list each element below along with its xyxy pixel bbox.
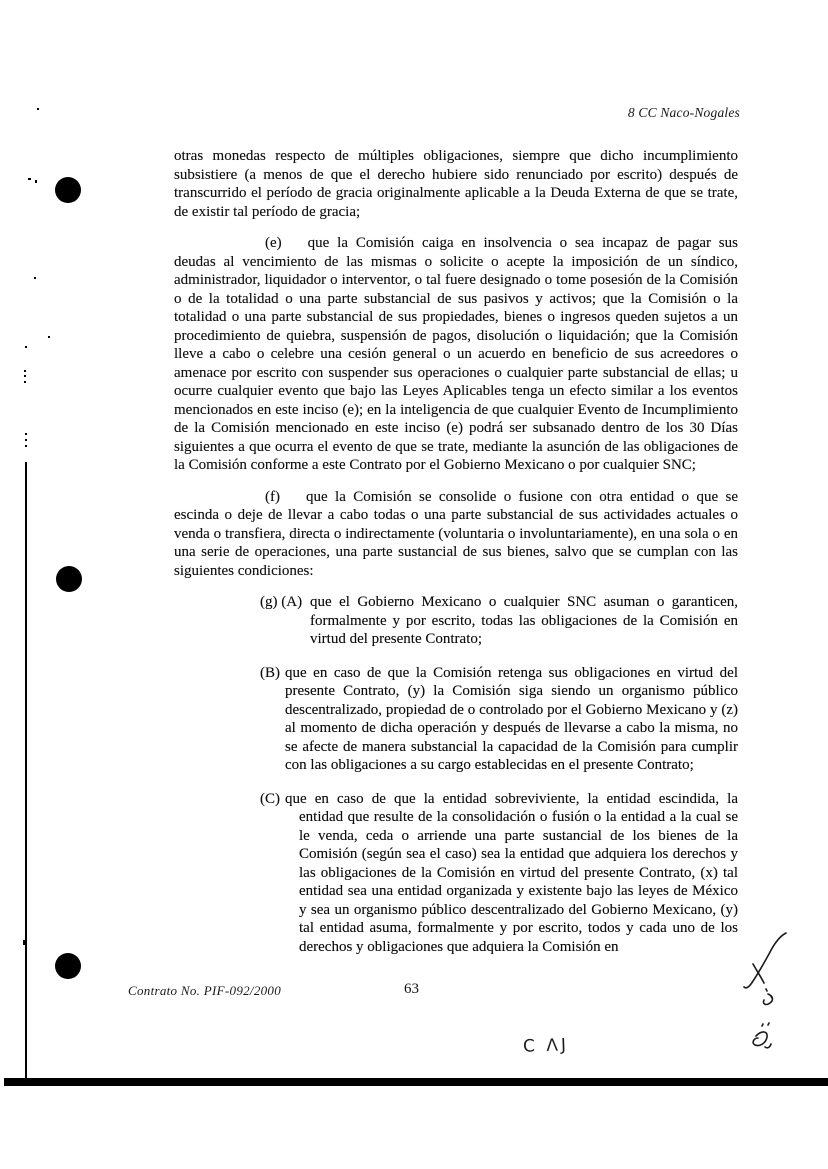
scan-speck [25,445,27,447]
subclause-g-a-text: que el Gobierno Mexicano o cualquier SNC… [174,593,738,649]
handwritten-initials: C ΛJ [523,1035,570,1057]
scan-speck [24,375,26,377]
subclause-g-a-label: (g) (A) [260,593,302,612]
clause-f-label: (f) [265,489,280,505]
scan-speck [34,277,36,279]
clause-e-label: (e) [265,235,282,251]
scan-speck [25,433,27,435]
handwritten-scribble [762,1024,763,1026]
subclause-b: (B) que en caso de que la Comisión reten… [174,664,738,775]
scan-speck [24,381,26,383]
scan-speck [25,346,27,348]
subclause-b-label: (B) [260,664,280,683]
clause-f-text: que la Comisión se consolide o fusione c… [174,489,738,579]
handwritten-checkmark [500,920,828,1080]
scan-speck [24,370,26,372]
clause-f: (f)que la Comisión se consolide o fusion… [174,488,738,581]
page-header-tag: 8 CC Naco-Nogales [628,105,740,121]
scan-speck [23,940,26,945]
paragraph-intro: otras monedas respecto de múltiples obli… [174,147,738,221]
footer-contract-number: Contrato No. PIF-092/2000 [128,983,281,999]
hole-punch-mark [56,566,82,592]
subclause-b-text: que en caso de que la Comisión retenga s… [174,664,738,775]
hole-punch-mark [55,953,81,979]
document-body: otras monedas respecto de múltiples obli… [174,147,738,956]
clause-e-text: que la Comisión caiga en insolvencia o s… [174,235,738,473]
hole-punch-mark [55,177,81,203]
page-number: 63 [404,981,419,998]
subclause-c-label: (C) [260,790,280,809]
scan-speck [48,336,50,338]
scan-edge-line [25,462,27,1080]
scan-speck [28,178,31,180]
subclause-g-a: (g) (A) que el Gobierno Mexicano o cualq… [174,593,738,649]
scan-speck [25,439,27,441]
scan-speck [35,180,37,183]
scanned-contract-page: 8 CC Naco-Nogales otras monedas respecto… [0,0,828,1169]
subclause-list: (g) (A) que el Gobierno Mexicano o cualq… [174,593,738,956]
scan-speck [37,108,39,110]
clause-e: (e)que la Comisión caiga en insolvencia … [174,234,738,475]
